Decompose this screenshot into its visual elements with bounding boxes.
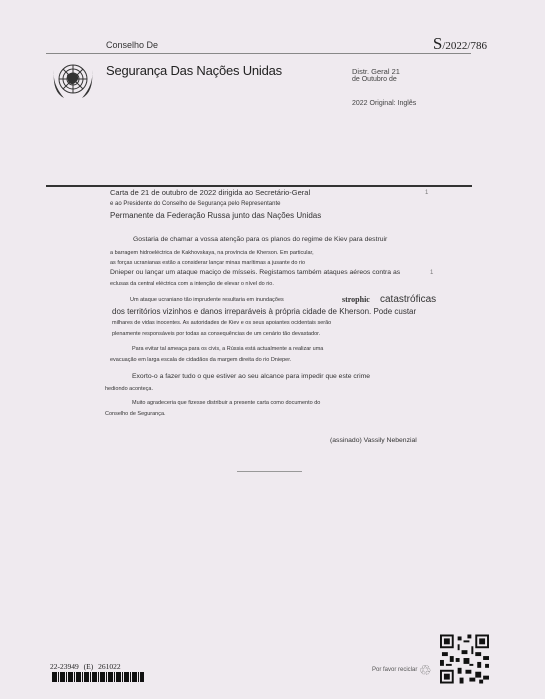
paragraph-1-line: eclusas da central eléctrica com a inten… [110, 281, 274, 287]
header-rule [46, 53, 471, 54]
symbol-prefix: S [433, 34, 442, 53]
paragraph-2-start: Um ataque ucraniano tão imprudente resul… [130, 297, 284, 303]
closing-rule [237, 471, 302, 472]
paragraph-2-word: catastróficas [380, 294, 436, 305]
letter-title-line2: e ao Presidente do Conselho de Segurança… [110, 201, 280, 207]
barcode-icon [52, 672, 144, 682]
distr-line2: de Outubro de [352, 76, 400, 84]
signature: (assinado) Vassily Nebenzial [330, 437, 417, 444]
paragraph-5-line: Muito agradeceria que fizesse distribuir… [132, 400, 320, 406]
paragraph-1-line: Gostaria de chamar a vossa atenção para … [133, 236, 387, 243]
document-symbol: S/2022/786 [433, 34, 487, 54]
council-label: Conselho De [106, 40, 158, 50]
paragraph-1-line: Dnieper ou lançar um ataque maciço de mí… [110, 269, 400, 276]
distr-line1: Distr. Geral 21 [352, 68, 400, 76]
letter-title-line3: Permanente da Federação Russa junto das … [110, 211, 321, 220]
recycle-label: Por favor reciclar [372, 667, 417, 673]
paragraph-2-line: milhares de vidas inocentes. As autorida… [112, 320, 331, 326]
original-language: 2022 Original: Inglês [352, 100, 416, 107]
paragraph-5-line: Conselho de Segurança. [105, 411, 166, 417]
letter-title-line1: Carta de 21 de outubro de 2022 dirigida … [110, 188, 310, 197]
footnote-mark: 1 [425, 190, 428, 196]
title-rule [46, 185, 472, 187]
paragraph-3-line: evacuação em larga escala de cidadãos da… [110, 357, 291, 363]
distribution-info: Distr. Geral 21 de Outubro de [352, 68, 400, 84]
paragraph-2-line: dos territórios vizinhos e danos irrepar… [112, 307, 416, 316]
symbol-suffix: /2022/786 [442, 40, 487, 52]
paragraph-3-line: Para evitar tal ameaça para os civis, a … [132, 346, 323, 352]
footnote-mark: 1 [430, 270, 433, 276]
paragraph-1-line: as forças ucranianas estão a considerar … [110, 260, 305, 266]
paragraph-4-line: hediondo aconteça. [105, 386, 153, 392]
organization-name: Segurança Das Nações Unidas [106, 63, 282, 78]
paragraph-2-fragment: strophic [342, 295, 370, 304]
recycle-icon: ♲ [419, 662, 432, 679]
job-number: 22-23949 (E) 261022 [50, 662, 121, 671]
paragraph-2-line: plenamente responsáveis por todas as con… [112, 331, 320, 337]
paragraph-1-line: a barragem hidroeléctrica de Kakhovskaya… [110, 250, 314, 256]
un-emblem-icon [50, 58, 96, 104]
qr-code-icon [440, 634, 489, 684]
paragraph-4-line: Exorto-o a fazer tudo o que estiver ao s… [132, 373, 370, 380]
